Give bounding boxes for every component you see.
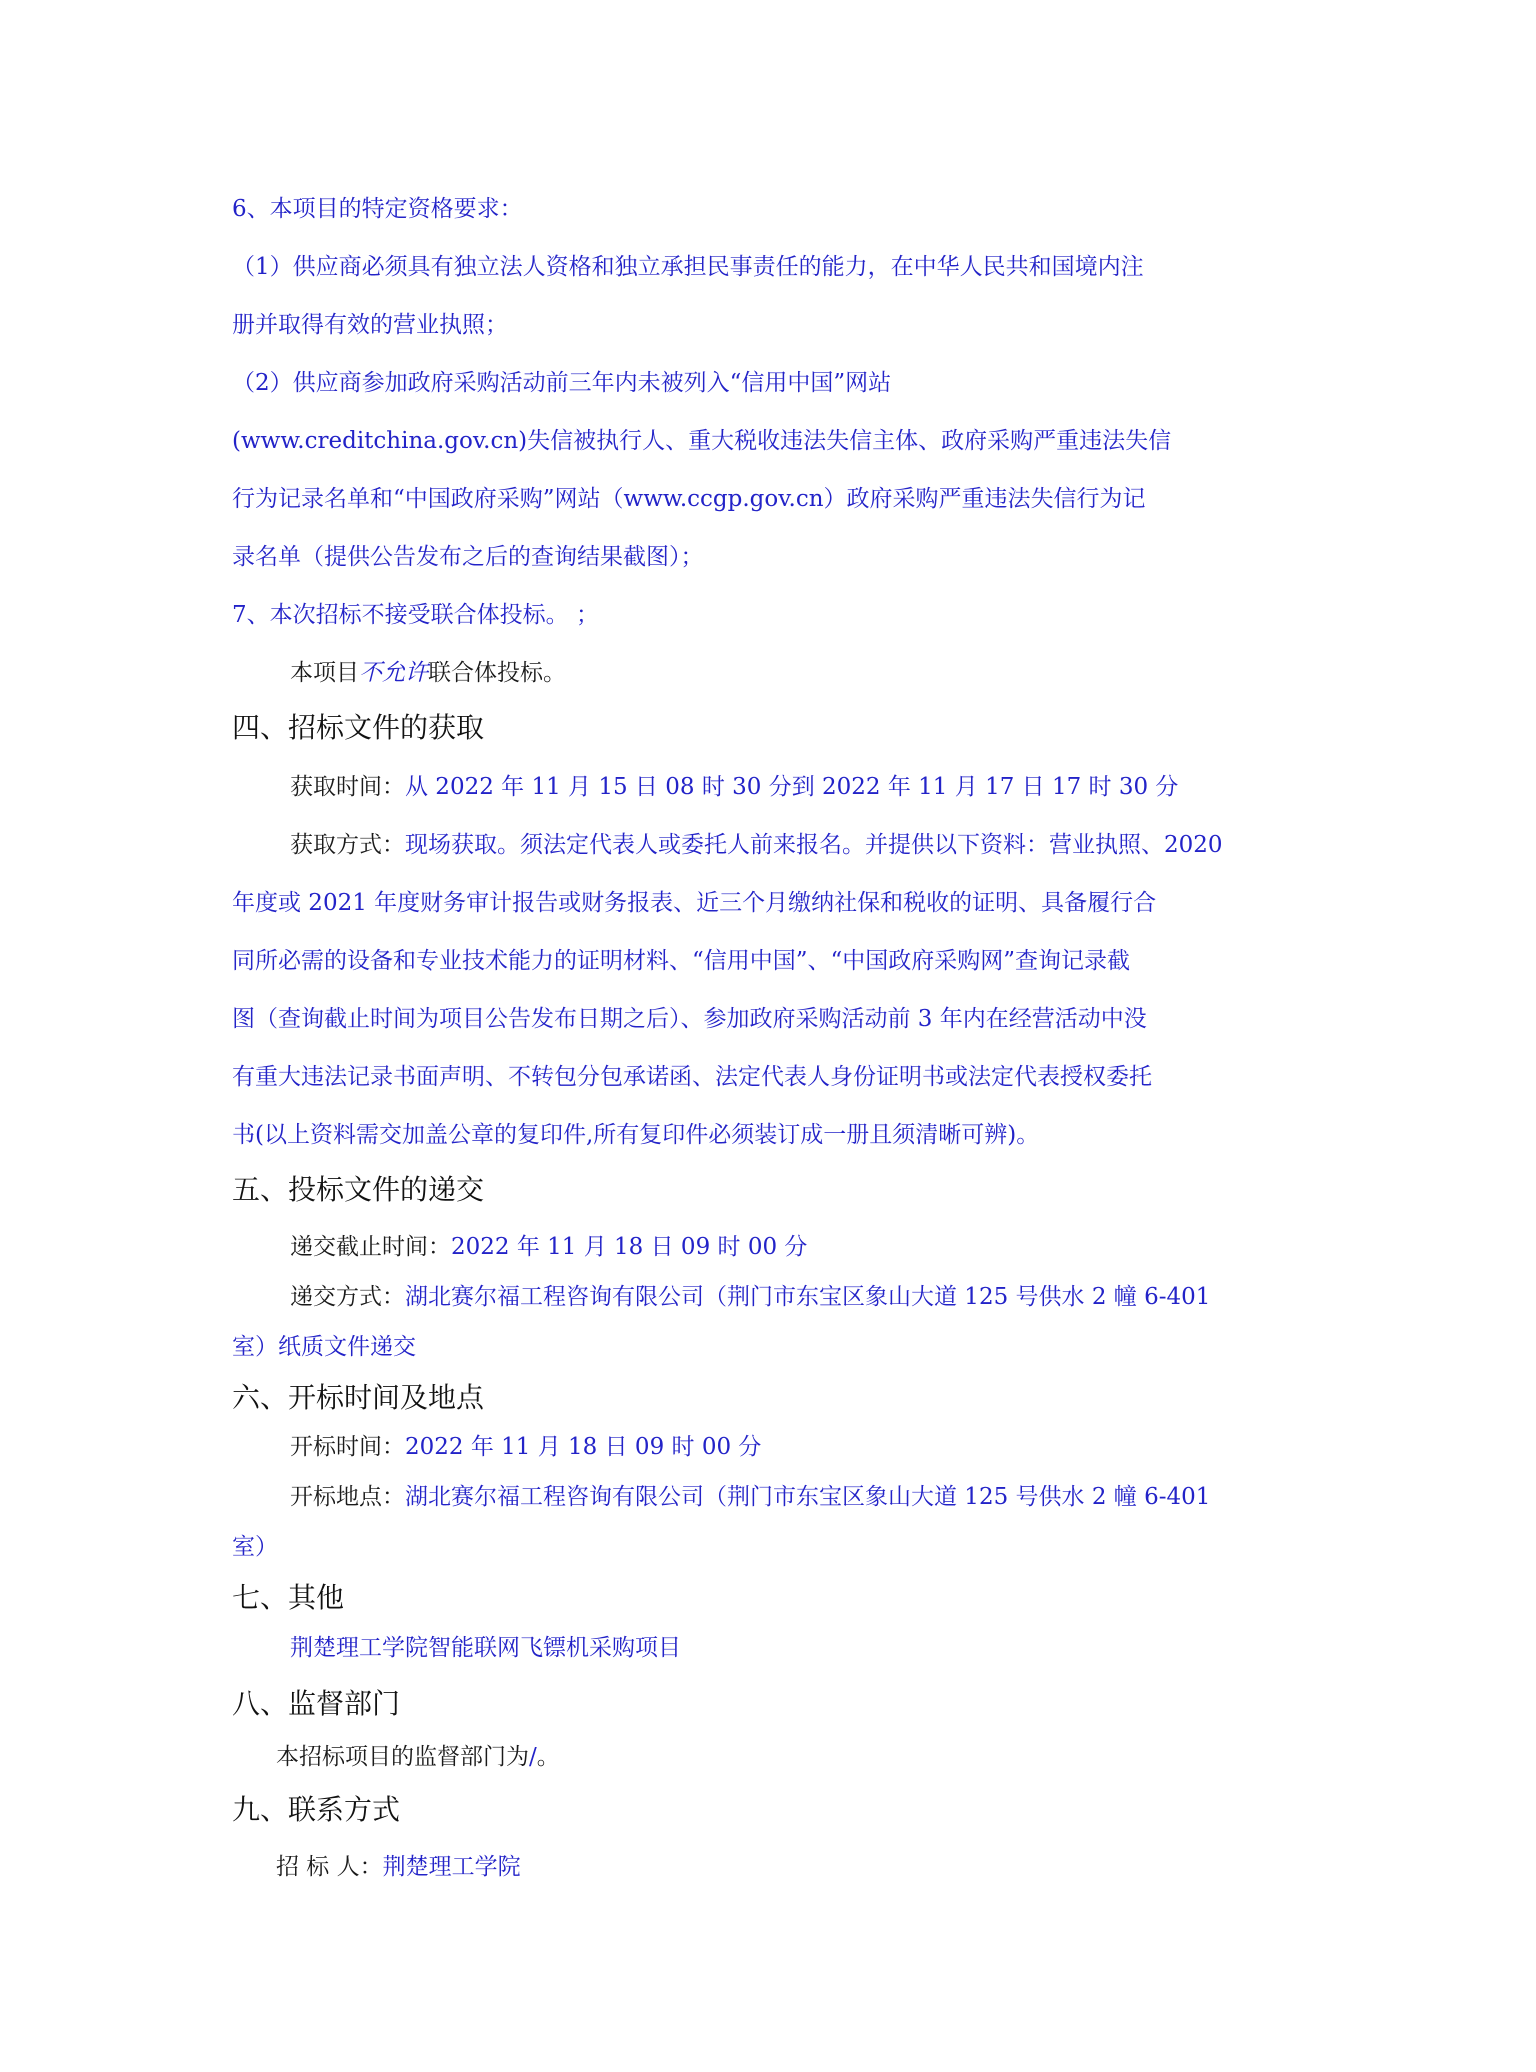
section9-heading: 九、联系方式 xyxy=(232,1792,400,1828)
section8-heading: 八、监督部门 xyxy=(232,1686,400,1722)
section4-heading: 四、招标文件的获取 xyxy=(232,710,484,746)
section6-place-line1: 开标地点：湖北赛尔福工程咨询有限公司（荆门市东宝区象山大道 125 号供水 2 … xyxy=(290,1482,1210,1512)
tenderer-value: 荆楚理工学院 xyxy=(383,1854,521,1880)
submit-method-value: 湖北赛尔福工程咨询有限公司（荆门市东宝区象山大道 125 号供水 2 幢 6-4… xyxy=(405,1284,1210,1310)
supervisor-suffix: 。 xyxy=(537,1744,560,1770)
document-page: 6、本项目的特定资格要求： （1）供应商必须具有独立法人资格和独立承担民事责任的… xyxy=(0,0,1536,2072)
section6-time: 开标时间：2022 年 11 月 18 日 09 时 00 分 xyxy=(290,1432,761,1462)
section4-method-line5: 有重大违法记录书面声明、不转包分包承诺函、法定代表人身份证明书或法定代表授权委托 xyxy=(232,1062,1152,1092)
tenderer-label: 招 标 人： xyxy=(276,1854,383,1880)
consortium-value: 不允许 xyxy=(359,660,428,686)
section4-method-line4: 图（查询截止时间为项目公告发布日期之后）、参加政府采购活动前 3 年内在经营活动… xyxy=(232,1004,1147,1034)
opening-place-label: 开标地点： xyxy=(290,1484,405,1510)
opening-place-value: 湖北赛尔福工程咨询有限公司（荆门市东宝区象山大道 125 号供水 2 幢 6-4… xyxy=(405,1484,1210,1510)
item6-req2-line1: （2）供应商参加政府采购活动前三年内未被列入“信用中国”网站 xyxy=(232,368,891,398)
item6-req2-line3: 行为记录名单和“中国政府采购”网站（www.ccgp.gov.cn）政府采购严重… xyxy=(232,484,1146,514)
deadline-label: 递交截止时间： xyxy=(290,1234,451,1260)
method-value: 现场获取。须法定代表人或委托人前来报名。并提供以下资料：营业执照、2020 xyxy=(405,832,1223,858)
opening-time-label: 开标时间： xyxy=(290,1434,405,1460)
item7-title: 7、本次招标不接受联合体投标。 ； xyxy=(232,600,599,630)
item6-req1-line1: （1）供应商必须具有独立法人资格和独立承担民事责任的能力，在中华人民共和国境内注 xyxy=(232,252,1144,282)
time-value: 从 2022 年 11 月 15 日 08 时 30 分到 2022 年 11 … xyxy=(405,774,1178,800)
consortium-prefix: 本项目 xyxy=(290,660,359,686)
section7-heading: 七、其他 xyxy=(232,1580,344,1616)
section8-content: 本招标项目的监督部门为/。 xyxy=(276,1742,560,1772)
section7-content: 荆楚理工学院智能联网飞镖机采购项目 xyxy=(290,1633,681,1663)
section6-place-line2: 室） xyxy=(232,1532,278,1562)
item6-req2-line2: (www.creditchina.gov.cn)失信被执行人、重大税收违法失信主… xyxy=(232,426,1171,456)
deadline-value: 2022 年 11 月 18 日 09 时 00 分 xyxy=(451,1234,807,1260)
section4-method-line3: 同所必需的设备和专业技术能力的证明材料、“信用中国”、“中国政府采购网”查询记录… xyxy=(232,946,1130,976)
consortium-suffix: 联合体投标。 xyxy=(428,660,566,686)
section5-heading: 五、投标文件的递交 xyxy=(232,1172,484,1208)
section5-method-line1: 递交方式：湖北赛尔福工程咨询有限公司（荆门市东宝区象山大道 125 号供水 2 … xyxy=(290,1282,1210,1312)
submit-method-label: 递交方式： xyxy=(290,1284,405,1310)
time-label: 获取时间： xyxy=(290,774,405,800)
method-label: 获取方式： xyxy=(290,832,405,858)
section6-heading: 六、开标时间及地点 xyxy=(232,1380,484,1416)
item7-consortium-line: 本项目不允许联合体投标。 xyxy=(290,658,566,688)
section9-tenderer: 招 标 人：荆楚理工学院 xyxy=(276,1852,521,1882)
supervisor-prefix: 本招标项目的监督部门为 xyxy=(276,1744,529,1770)
opening-time-value: 2022 年 11 月 18 日 09 时 00 分 xyxy=(405,1434,761,1460)
item6-req1-line2: 册并取得有效的营业执照； xyxy=(232,310,508,340)
supervisor-value: / xyxy=(529,1744,537,1770)
section5-deadline: 递交截止时间：2022 年 11 月 18 日 09 时 00 分 xyxy=(290,1232,807,1262)
section4-method-line1: 获取方式：现场获取。须法定代表人或委托人前来报名。并提供以下资料：营业执照、20… xyxy=(290,830,1223,860)
item6-title: 6、本项目的特定资格要求： xyxy=(232,194,523,224)
item6-req2-line4: 录名单（提供公告发布之后的查询结果截图）； xyxy=(232,542,704,572)
section4-method-line2: 年度或 2021 年度财务审计报告或财务报表、近三个月缴纳社保和税收的证明、具备… xyxy=(232,888,1156,918)
section4-method-line6: 书(以上资料需交加盖公章的复印件,所有复印件必须装订成一册且须清晰可辨)。 xyxy=(232,1120,1039,1150)
section4-time: 获取时间：从 2022 年 11 月 15 日 08 时 30 分到 2022 … xyxy=(290,772,1178,802)
section5-method-line2: 室）纸质文件递交 xyxy=(232,1332,416,1362)
